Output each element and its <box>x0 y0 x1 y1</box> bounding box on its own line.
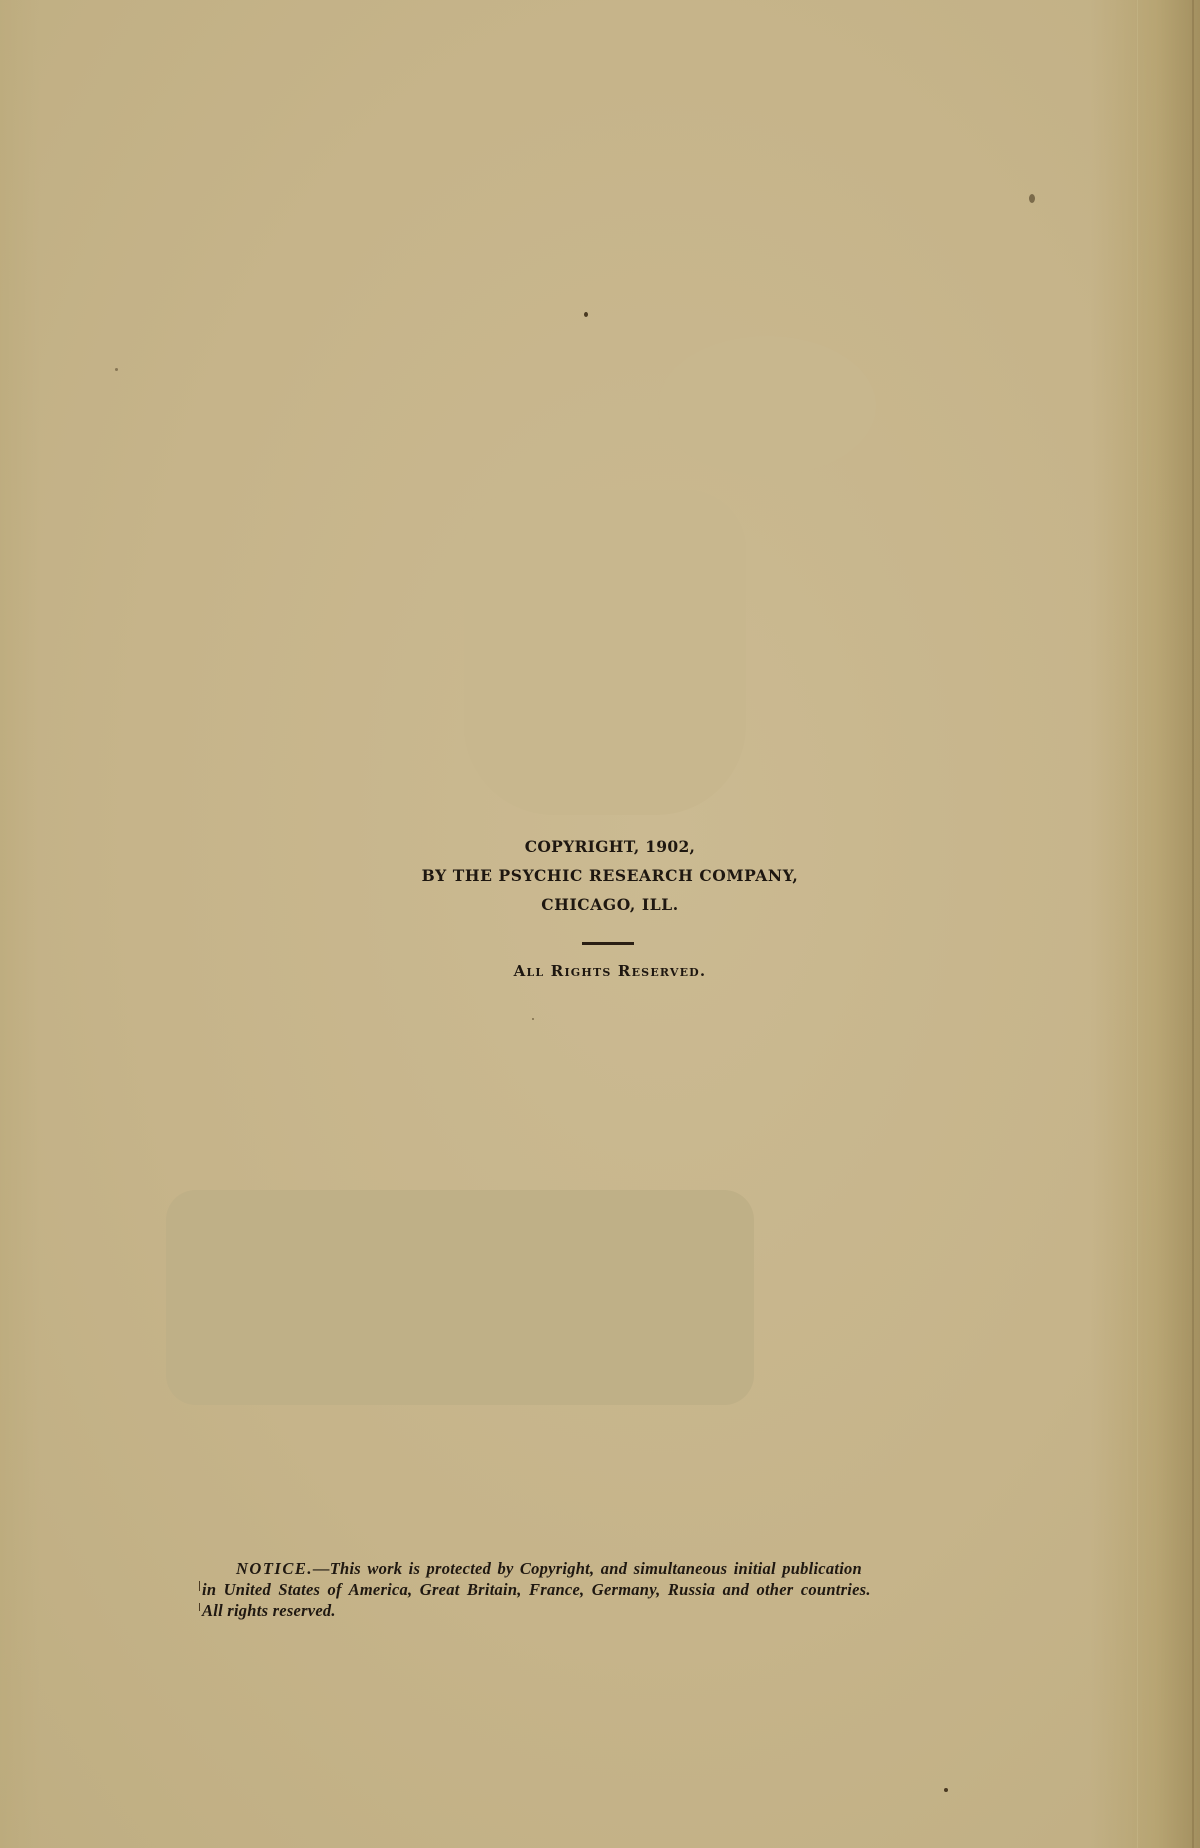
page-fold-line <box>1137 0 1138 1848</box>
left-page-edge <box>0 0 40 1848</box>
paper-page: COPYRIGHT, 1902, BY THE PSYCHIC RESEARCH… <box>0 0 1200 1848</box>
notice-lead: NOTICE. <box>236 1559 313 1578</box>
right-page-edge <box>1090 0 1200 1848</box>
paper-speck <box>944 1788 948 1792</box>
copyright-location-line: CHICAGO, ILL. <box>300 890 920 919</box>
notice-line-1-text: —This work is protected by Copyright, an… <box>313 1559 862 1578</box>
all-rights-reserved-heading: All Rights Reserved. <box>380 962 840 980</box>
paper-blemish-patch <box>166 1190 754 1405</box>
copyright-statement: COPYRIGHT, 1902, BY THE PSYCHIC RESEARCH… <box>300 832 920 919</box>
notice-line-2: in United States of America, Great Brita… <box>198 1579 1028 1600</box>
paper-speck <box>115 368 118 371</box>
paper-blemish-patch <box>658 336 876 476</box>
page-edge-line <box>1192 0 1194 1848</box>
copyright-publisher-line: BY THE PSYCHIC RESEARCH COMPANY, <box>300 861 920 890</box>
copyright-year-line: COPYRIGHT, 1902, <box>300 832 920 861</box>
notice-line-3: All rights reserved. <box>198 1600 1028 1621</box>
notice-line-1: NOTICE.—This work is protected by Copyri… <box>198 1558 1028 1579</box>
paper-blemish-patch <box>464 490 746 815</box>
paper-speck <box>532 1018 534 1020</box>
paper-speck <box>584 312 588 317</box>
divider-rule <box>582 942 634 945</box>
copyright-notice: NOTICE.—This work is protected by Copyri… <box>198 1558 1028 1621</box>
paper-speck <box>1029 194 1035 203</box>
